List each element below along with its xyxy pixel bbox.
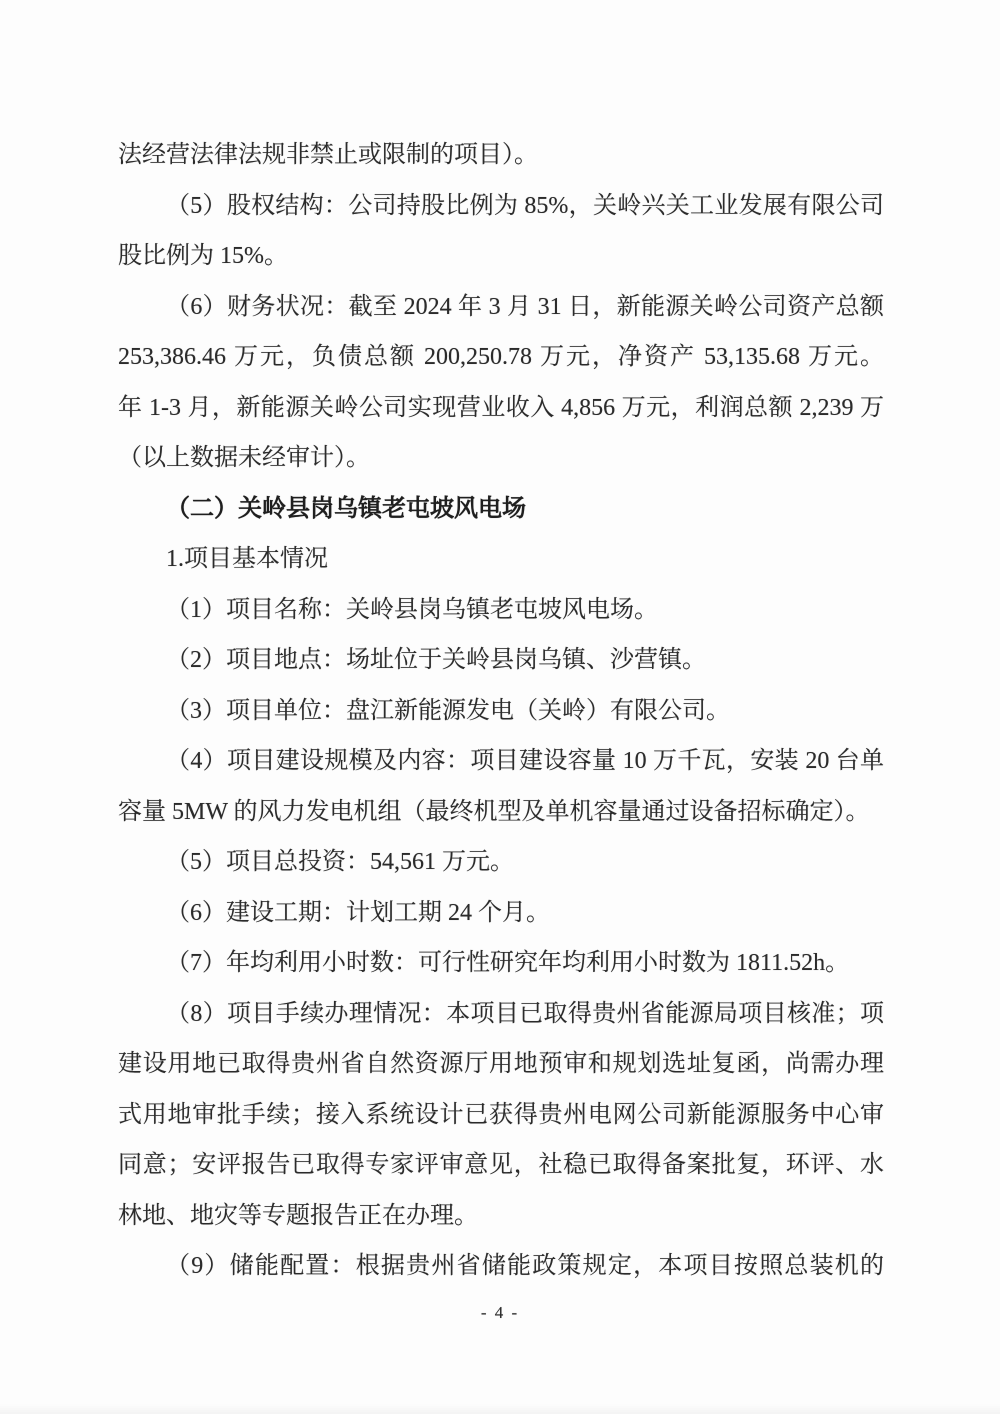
text-line: 法经营法律法规非禁止或限制的项目）。 [118,130,884,181]
text-line: （3）项目单位：盘江新能源发电（关岭）有限公司。 [118,686,884,737]
text-line: 林地、地灾等专题报告正在办理。 [118,1191,884,1242]
text-line: （7）年均利用小时数：可行性研究年均利用小时数为 1811.52h。 [118,938,884,989]
text-line: （1）项目名称：关岭县岗乌镇老屯坡风电场。 [118,585,884,636]
text-line: 同意；安评报告已取得专家评审意见，社稳已取得备案批复，环评、水保、 [118,1140,884,1191]
text-line: 股比例为 15%。 [118,231,884,282]
text-line: （4）项目建设规模及内容：项目建设容量 10 万千瓦，安装 20 台单机 [118,736,884,787]
text-line: 253,386.46 万元，负债总额 200,250.78 万元，净资产 53,… [118,332,884,383]
text-line: （2）项目地点：场址位于关岭县岗乌镇、沙营镇。 [118,635,884,686]
text-line: （6）财务状况：截至 2024 年 3 月 31 日，新能源关岭公司资产总额 [118,282,884,333]
text-line: 1.项目基本情况 [118,534,884,585]
text-line: （5）项目总投资：54,561 万元。 [118,837,884,888]
text-line: （6）建设工期：计划工期 24 个月。 [118,888,884,939]
text-line: 建设用地已取得贵州省自然资源厅用地预审和规划选址复函，尚需办理正 [118,1039,884,1090]
document-page: 法经营法律法规非禁止或限制的项目）。（5）股权结构：公司持股比例为 85%，关岭… [0,0,1000,1414]
text-line: 容量 5MW 的风力发电机组（最终机型及单机容量通过设备招标确定）。 [118,787,884,838]
page-content: 法经营法律法规非禁止或限制的项目）。（5）股权结构：公司持股比例为 85%，关岭… [118,130,884,1292]
text-line: 式用地审批手续；接入系统设计已获得贵州电网公司新能源服务中心审查 [118,1090,884,1141]
text-line: （9）储能配置：根据贵州省储能政策规定，本项目按照总装机的 10% [118,1241,884,1292]
page-number: - 4 - [0,1303,1000,1323]
text-line: （8）项目手续办理情况：本项目已取得贵州省能源局项目核准；项目 [118,989,884,1040]
text-line: （5）股权结构：公司持股比例为 85%，关岭兴关工业发展有限公司持 [118,181,884,232]
text-line: 年 1-3 月，新能源关岭公司实现营业收入 4,856 万元，利润总额 2,23… [118,383,884,434]
section-heading: （二）关岭县岗乌镇老屯坡风电场 [118,484,884,535]
text-line: （以上数据未经审计）。 [118,433,884,484]
